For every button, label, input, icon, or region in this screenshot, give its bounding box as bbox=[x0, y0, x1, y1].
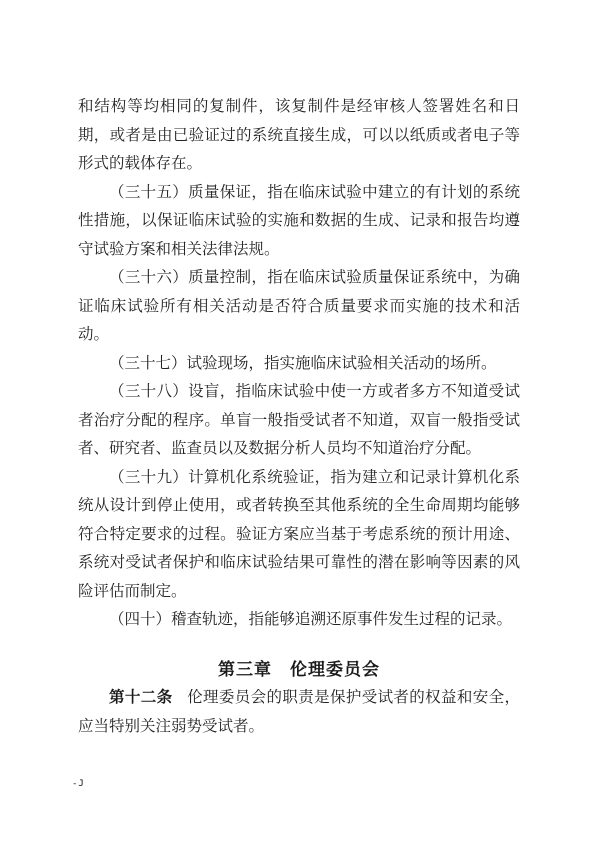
document-page: 和结构等均相同的复制件，该复制件是经审核人签署姓名和日期，或者是由已验证过的系统… bbox=[0, 0, 595, 841]
chapter-heading: 第三章 伦理委员会 bbox=[78, 656, 520, 685]
paragraph-item-37-trial-site: （三十七）试验现场，指实施临床试验相关活动的场所。 bbox=[78, 350, 520, 379]
document-body: 和结构等均相同的复制件，该复制件是经审核人签署姓名和日期，或者是由已验证过的系统… bbox=[78, 93, 520, 741]
paragraph-item-36-quality-control: （三十六）质量控制，指在临床试验质量保证系统中，为确证临床试验所有相关活动是否符… bbox=[78, 264, 520, 350]
paragraph-copy-definition-continued: 和结构等均相同的复制件，该复制件是经审核人签署姓名和日期，或者是由已验证过的系统… bbox=[78, 93, 520, 179]
article-12-paragraph: 第十二条伦理委员会的职责是保护受试者的权益和安全，应当特别关注弱势受试者。 bbox=[78, 684, 520, 741]
article-number-label: 第十二条 bbox=[109, 689, 172, 706]
paragraph-item-38-blinding: （三十八）设盲，指临床试验中使一方或者多方不知道受试者治疗分配的程序。单盲一般指… bbox=[78, 378, 520, 464]
paragraph-item-35-quality-assurance: （三十五）质量保证，指在临床试验中建立的有计划的系统性措施，以保证临床试验的实施… bbox=[78, 179, 520, 265]
paragraph-item-40-audit-trail: （四十）稽查轨迹，指能够追溯还原事件发生过程的记录。 bbox=[78, 606, 520, 635]
paragraph-item-39-computerized-system-validation: （三十九）计算机化系统验证，指为建立和记录计算机化系统从设计到停止使用，或者转换… bbox=[78, 464, 520, 607]
scan-artifact-mark: -J bbox=[72, 779, 85, 789]
